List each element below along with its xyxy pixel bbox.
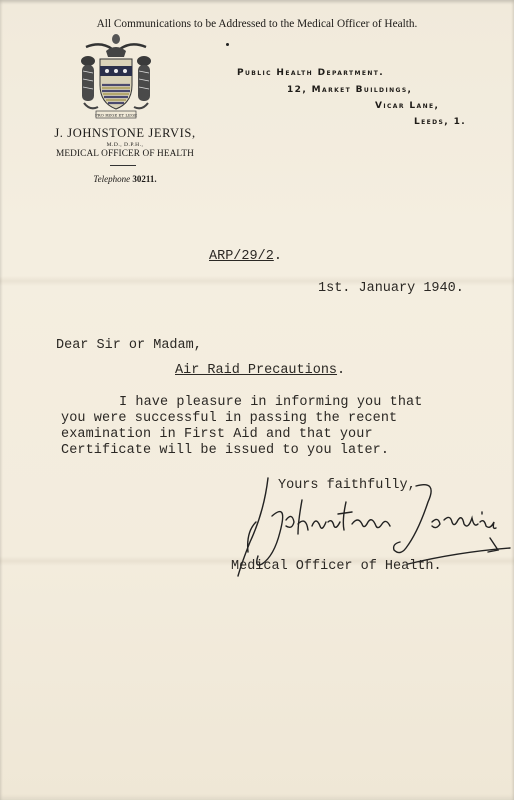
body-line: Certificate will be issued to you later. xyxy=(61,443,389,458)
svg-text:PRO REGE ET LEGE: PRO REGE ET LEGE xyxy=(95,113,137,118)
decorative-dot xyxy=(226,43,229,46)
letter-date: 1st. January 1940. xyxy=(318,281,464,296)
divider xyxy=(110,165,136,166)
officer-title: MEDICAL OFFICER OF HEALTH xyxy=(40,149,210,159)
telephone-number: 30211. xyxy=(132,174,156,184)
body-line: examination in First Aid and that your xyxy=(61,427,373,442)
coat-of-arms-icon: PRO REGE ET LEGE xyxy=(76,33,156,123)
letter-paper: All Communications to be Addressed to th… xyxy=(0,0,514,800)
telephone: Telephone 30211. xyxy=(40,174,210,184)
address-line-2: 12, Market Buildings, xyxy=(287,85,412,95)
officer-qualifications: M.D., D.P.H., xyxy=(40,142,210,148)
address-line-3: Vicar Lane, xyxy=(375,101,439,111)
address-line-4: Leeds, 1. xyxy=(414,117,466,127)
salutation: Dear Sir or Madam, xyxy=(56,338,202,353)
body-line: I have pleasure in informing you that xyxy=(119,395,422,410)
address-line-1: Public Health Department. xyxy=(237,68,384,78)
officer-name: J. JOHNSTONE JERVIS, xyxy=(40,126,210,141)
communications-line: All Communications to be Addressed to th… xyxy=(0,18,514,30)
telephone-label: Telephone xyxy=(93,174,130,184)
signoff: Medical Officer of Health. xyxy=(231,559,442,574)
reference-number: ARP/29/2. xyxy=(209,249,282,264)
body-line: you were successful in passing the recen… xyxy=(61,411,397,426)
subject-line: Air Raid Precautions. xyxy=(175,363,345,378)
